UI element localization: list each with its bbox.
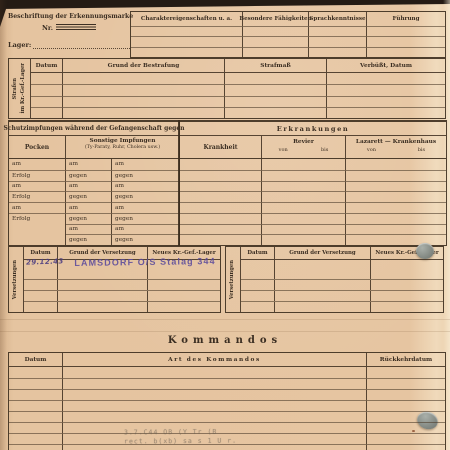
illness-empty-row xyxy=(180,213,446,224)
transfers-table-right: Versetzungen Datum Grund der Versetzung … xyxy=(225,246,444,313)
traits-col-faehigkeiten: Besondere Fähigkeiten xyxy=(243,12,309,26)
vaccination-row: am am xyxy=(9,224,179,235)
transfers-col-datum: Datum xyxy=(241,247,275,259)
lager-label: Lager: xyxy=(8,41,31,49)
punishments-table: Strafen im Kr.-Gef.-Lager Datum Grund de… xyxy=(8,58,446,119)
vaccinations-title: Schutzimpfungen während der Gefangenscha… xyxy=(9,122,179,136)
vaccination-row: am am am xyxy=(9,181,179,192)
illness-empty-row xyxy=(180,191,446,202)
paper-crease xyxy=(0,319,450,320)
punishments-empty-row xyxy=(31,73,445,84)
punishments-col-grund: Grund der Bestrafung xyxy=(63,59,225,72)
illnesses-col-krankheit: Krankheit xyxy=(180,136,262,158)
transfers-side-label: Versetzungen xyxy=(9,247,24,312)
kommandos-col-art: Art des Kommandos xyxy=(63,353,367,366)
transfer-empty-row xyxy=(24,279,220,290)
transfers-col-grund: Grund der Versetzung xyxy=(275,247,371,259)
vaccination-row: gegen gegen xyxy=(9,234,179,245)
transfer-empty-row xyxy=(241,301,443,312)
vaccination-row: am am am xyxy=(9,159,179,170)
illness-empty-row xyxy=(180,202,446,213)
vaccinations-table: Schutzimpfungen während der Gefangenscha… xyxy=(8,120,180,246)
illness-empty-row xyxy=(180,224,446,235)
nr-ruled-lines xyxy=(56,24,96,32)
paper-crease xyxy=(0,331,450,332)
punishments-empty-row xyxy=(31,84,445,95)
nr-label: Nr. xyxy=(42,24,53,32)
illnesses-col-revier: Revier von bis xyxy=(262,136,346,158)
illness-empty-row xyxy=(180,181,446,192)
illness-empty-row xyxy=(180,159,446,170)
vaccinations-col-sonstige: Sonstige Impfungen (Ty-Paraty, Ruhr, Cho… xyxy=(66,136,179,158)
vaccination-row: Erfolg gegen gegen xyxy=(9,213,179,224)
traits-col-fuehrung: Führung xyxy=(367,12,445,26)
transfers-side-label: Versetzungen xyxy=(226,247,241,312)
hole-punch-top xyxy=(416,243,434,259)
illnesses-col-lazarett: Lazarett — Krankenhaus von bis xyxy=(346,136,446,158)
kommando-empty-row xyxy=(9,367,445,378)
id-tag-label: Beschriftung der Erkennungsmarke xyxy=(8,13,130,20)
kommando-empty-row xyxy=(9,411,445,422)
kommando-empty-row xyxy=(9,389,445,400)
punishments-col-verbuesst: Verbüßt, Datum xyxy=(327,59,445,72)
traits-empty-row xyxy=(131,36,445,46)
vaccination-row: Erfolg gegen gegen xyxy=(9,170,179,181)
illnesses-table: Erkrankungen Krankheit Revier von bis La… xyxy=(178,120,447,246)
kommandos-col-datum: Datum xyxy=(9,353,63,366)
traits-empty-row xyxy=(131,47,445,57)
scan-dark-top-edge xyxy=(0,0,450,9)
left-edge-shade xyxy=(0,0,7,450)
transfer-empty-row xyxy=(24,301,220,312)
kommandos-col-rueckkehrdatum: Rückkehrdatum xyxy=(367,353,445,366)
handwritten-transfer-date: 29.12.43 xyxy=(26,257,64,266)
kommando-empty-row xyxy=(9,378,445,389)
vaccinations-col-pocken: Pocken xyxy=(9,136,66,158)
vaccination-row: am am am xyxy=(9,202,179,213)
transfer-empty-row xyxy=(241,260,443,279)
illness-empty-row xyxy=(180,234,446,245)
transfer-empty-row xyxy=(241,290,443,301)
traits-col-sprachkenntnisse: Sprachkenntnisse xyxy=(309,12,367,26)
punishments-empty-row xyxy=(31,96,445,107)
traits-empty-row xyxy=(131,26,445,36)
punishments-col-strafmass: Strafmaß xyxy=(225,59,327,72)
punishments-empty-row xyxy=(31,107,445,118)
transfers-section: Versetzungen Datum Grund der Versetzung … xyxy=(8,246,444,313)
traits-table: Charaktereigenschaften u. a. Besondere F… xyxy=(130,11,446,58)
illnesses-title: Erkrankungen xyxy=(180,122,446,136)
transfer-empty-row xyxy=(24,290,220,301)
faint-typewriter-text: 3.7.C44 OB (Y Tr (B rect. b(xb) sa s 1 U… xyxy=(124,428,237,447)
vaccination-row: Erfolg gegen gegen xyxy=(9,191,179,202)
punishments-col-datum: Datum xyxy=(31,59,63,72)
punishments-side-label: Strafen im Kr.-Gef.-Lager xyxy=(9,59,31,118)
pow-record-card-back: Beschriftung der Erkennungsmarke Nr. Lag… xyxy=(0,0,450,450)
kommando-empty-row xyxy=(9,400,445,411)
illness-empty-row xyxy=(180,170,446,181)
lager-blank-line xyxy=(33,41,130,49)
kommandos-title: Kommandos xyxy=(0,335,450,346)
id-tag-block: Beschriftung der Erkennungsmarke Nr. Lag… xyxy=(8,13,130,56)
traits-col-charaktereigenschaften: Charaktereigenschaften u. a. xyxy=(131,12,243,26)
transfer-empty-row xyxy=(241,279,443,290)
